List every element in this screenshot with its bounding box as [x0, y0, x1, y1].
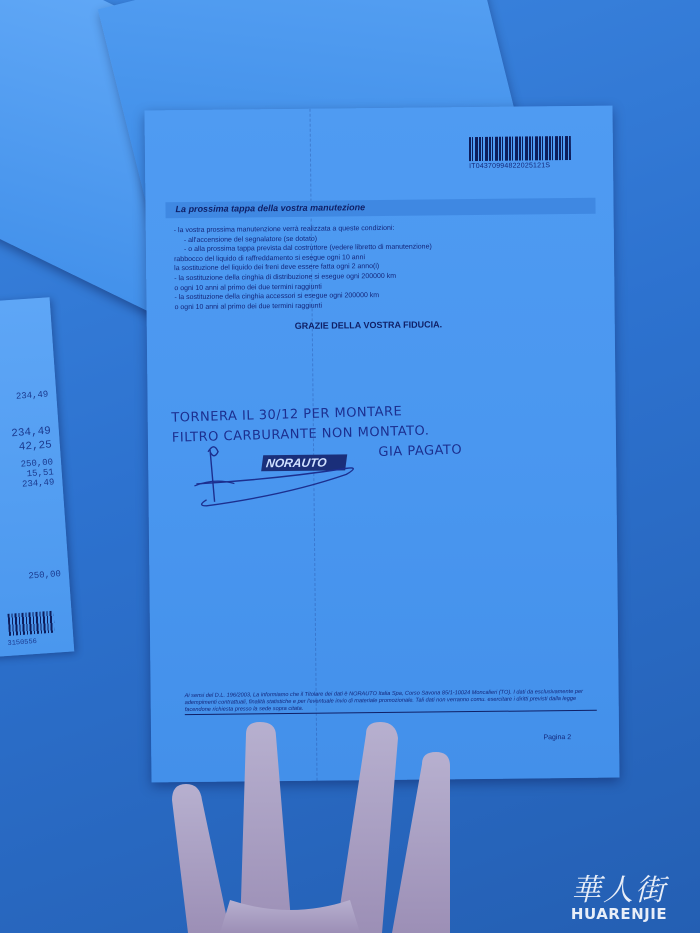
thanks-message: GRAZIE DELLA VOSTRA FIDUCIA.	[295, 319, 442, 331]
receipt-barcode	[7, 611, 54, 636]
receipt-barcode-number: 3150556	[7, 638, 37, 648]
receipt-value: 250,00	[28, 569, 61, 581]
receipt-value: 234,49	[16, 390, 49, 402]
receipt-value: 42,25	[18, 439, 52, 453]
watermark: 華人街 HUARENJIE	[544, 865, 694, 923]
page-number: Pagina 2	[543, 734, 571, 741]
watermark-chinese: 華人街	[544, 865, 694, 909]
receipt-value: 234,49	[11, 425, 51, 440]
section-heading: La prossima tappa della vostra manutezio…	[175, 202, 365, 214]
condition-line: o ogni 10 anni al primo dei due termini …	[175, 300, 433, 312]
maintenance-conditions: - la vostra prossima manutenzione verrà …	[174, 223, 433, 312]
hand	[160, 720, 460, 933]
receipt-value: 234,49	[22, 477, 55, 489]
service-document: IT04370994822025121S La prossima tappa d…	[144, 106, 619, 783]
document-barcode	[469, 136, 571, 161]
watermark-latin: HUARENJIE	[544, 905, 694, 923]
document-barcode-number: IT04370994822025121S	[469, 162, 550, 170]
signature	[188, 438, 369, 510]
